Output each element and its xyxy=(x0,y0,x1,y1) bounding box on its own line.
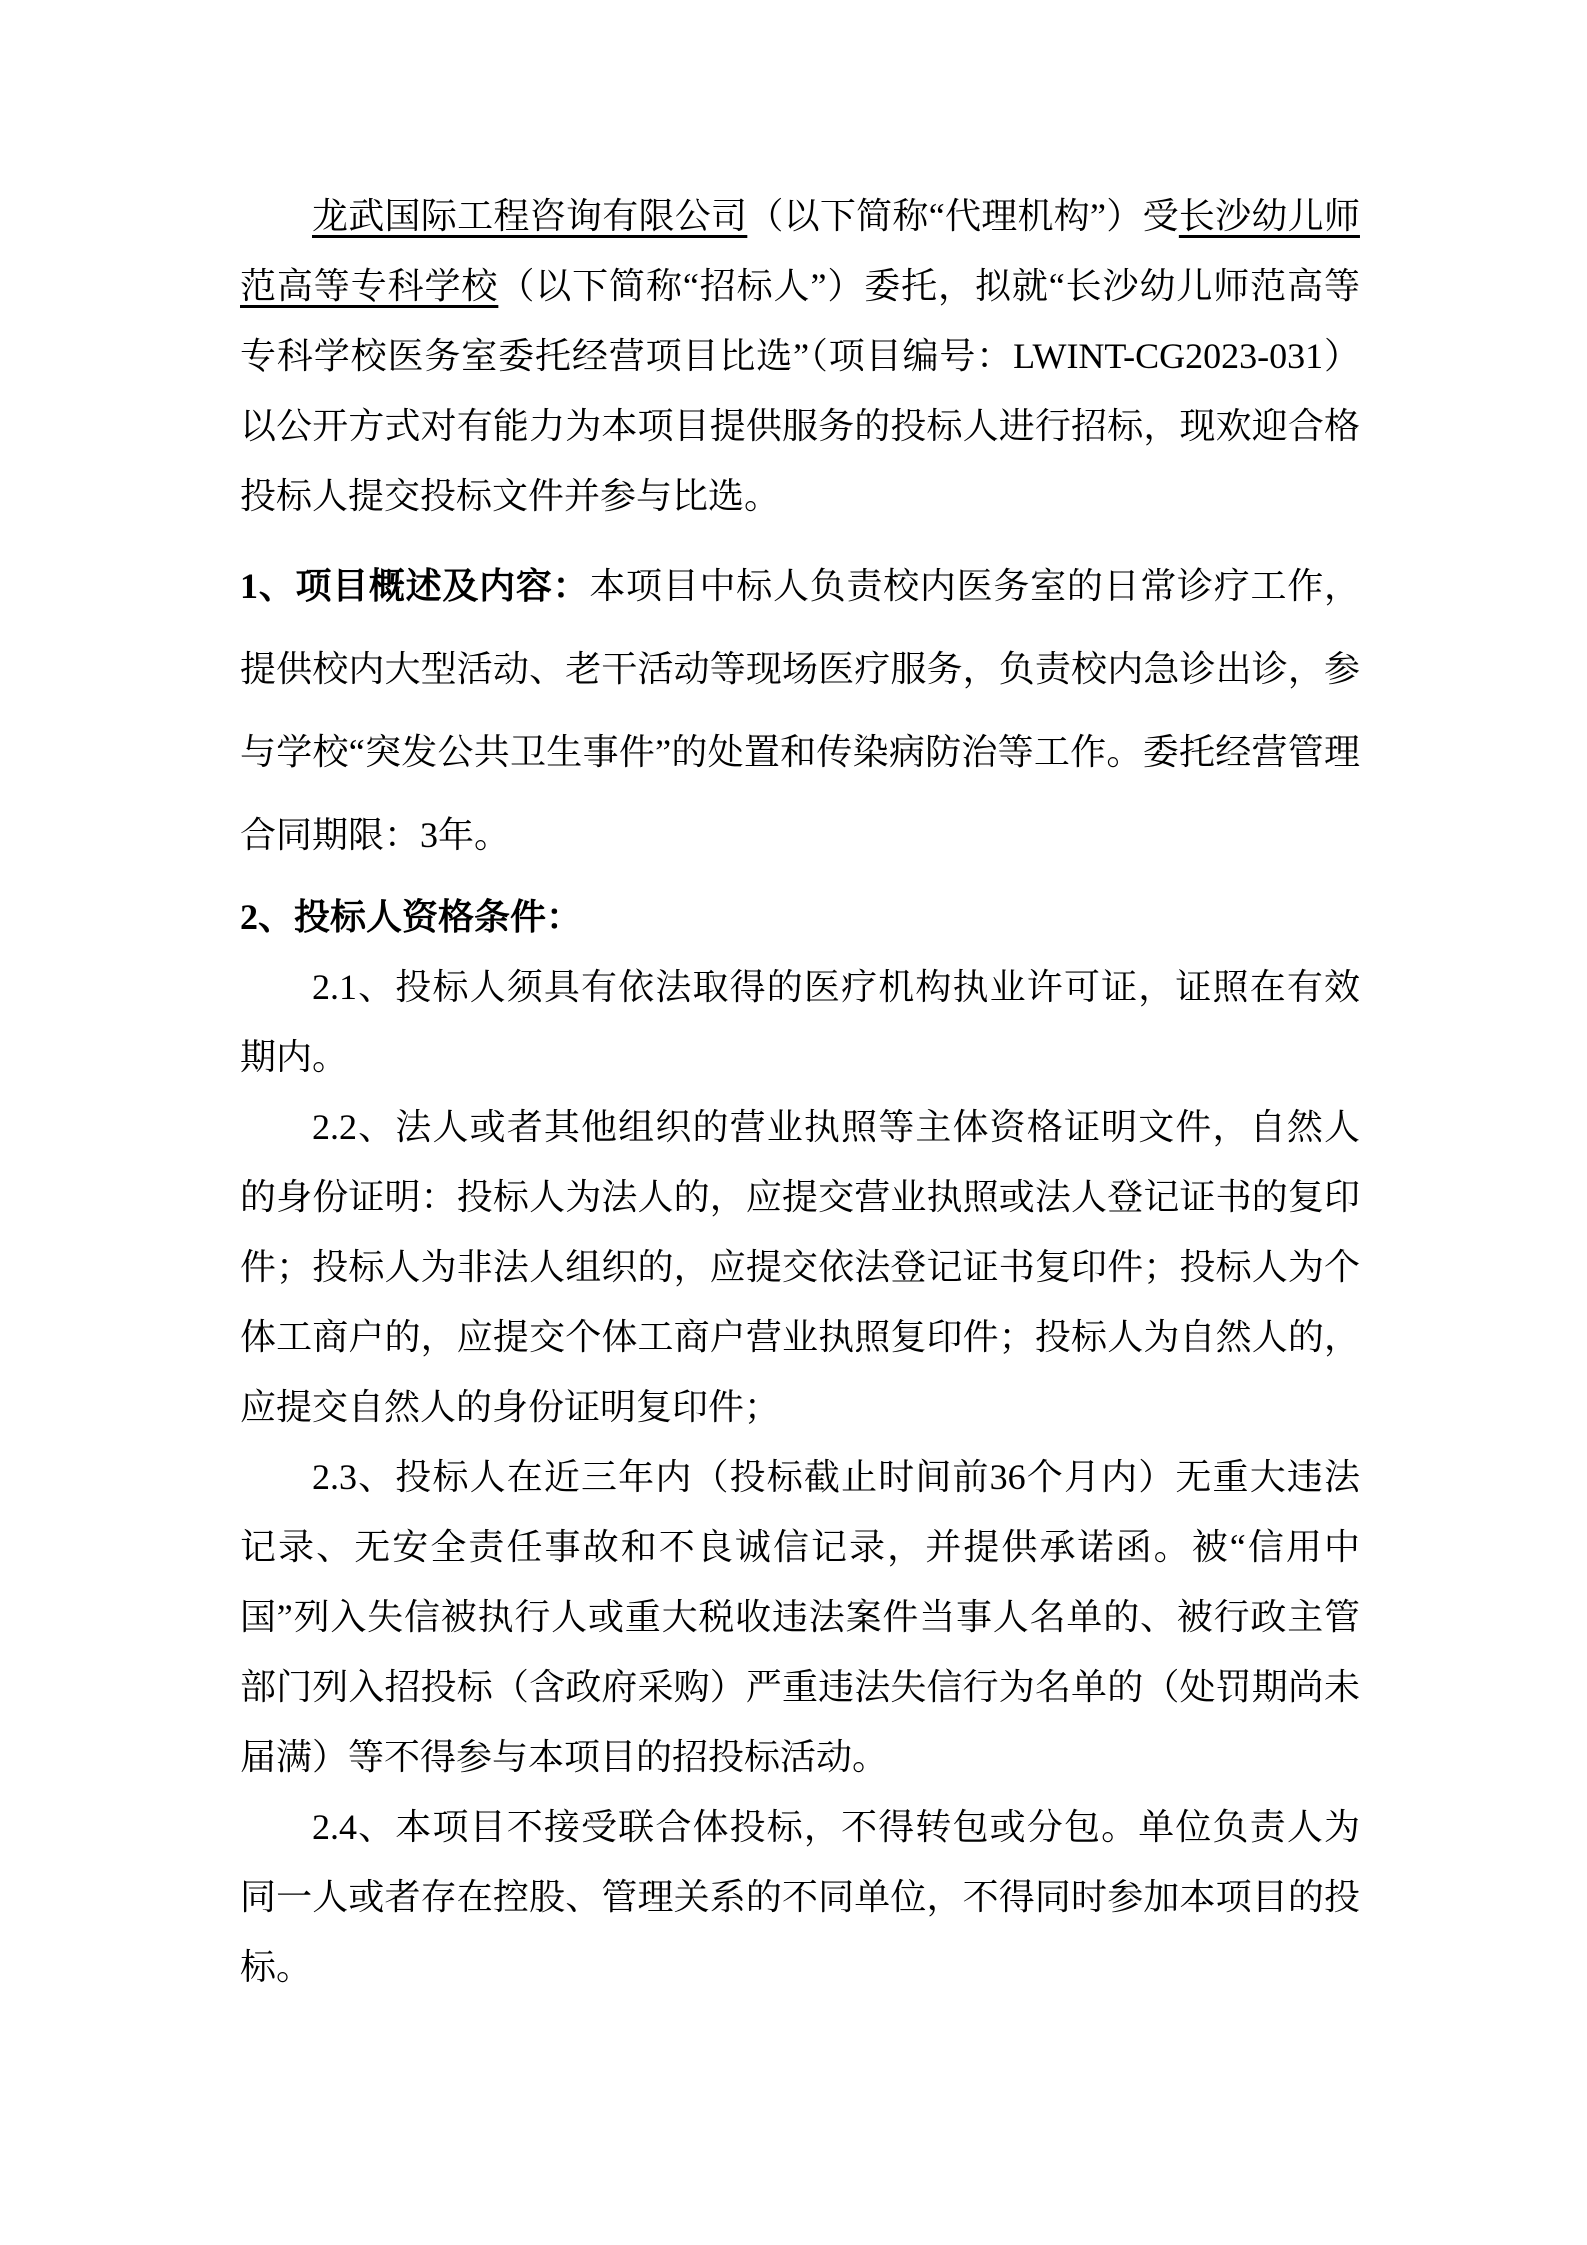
clause-2-2: 2.2、法人或者其他组织的营业执照等主体资格证明文件，自然人的身份证明：投标人为… xyxy=(240,1092,1360,1442)
text-run: 龙武国际工程咨询有限公司 xyxy=(312,196,747,236)
text-run: 2、投标人资格条件： xyxy=(240,897,582,937)
text-run: 1、项目概述及内容： xyxy=(240,566,589,606)
text-run: 本项目中标人负责校内医务室的日常诊疗工作，提供校内大型活动、老干活动等现场医疗服… xyxy=(240,566,1360,855)
clause-2-3: 2.3、投标人在近三年内（投标截止时间前36个月内）无重大违法记录、无安全责任事… xyxy=(240,1442,1360,1792)
text-run: 2.1、投标人须具有依法取得的医疗机构执业许可证，证照在有效期内。 xyxy=(240,967,1360,1077)
text-run: （以下简称“代理机构”）受 xyxy=(747,196,1179,236)
section-2-heading: 2、投标人资格条件： xyxy=(240,882,1360,952)
clause-2-1: 2.1、投标人须具有依法取得的医疗机构执业许可证，证照在有效期内。 xyxy=(240,952,1360,1092)
text-run: 2.2、法人或者其他组织的营业执照等主体资格证明文件，自然人的身份证明：投标人为… xyxy=(240,1107,1360,1427)
clause-2-4: 2.4、本项目不接受联合体投标，不得转包或分包。单位负责人为同一人或者存在控股、… xyxy=(240,1792,1360,2002)
text-run: 2.4、本项目不接受联合体投标，不得转包或分包。单位负责人为同一人或者存在控股、… xyxy=(240,1807,1360,1987)
section-1-paragraph: 1、项目概述及内容：本项目中标人负责校内医务室的日常诊疗工作，提供校内大型活动、… xyxy=(240,545,1360,877)
document-body: 龙武国际工程咨询有限公司（以下简称“代理机构”）受长沙幼儿师范高等专科学校（以下… xyxy=(240,181,1360,2002)
text-run: 2.3、投标人在近三年内（投标截止时间前36个月内）无重大违法记录、无安全责任事… xyxy=(240,1457,1360,1777)
document-page: 龙武国际工程咨询有限公司（以下简称“代理机构”）受长沙幼儿师范高等专科学校（以下… xyxy=(0,0,1587,2245)
text-run: LWINT-CG2023-031 xyxy=(1013,336,1323,376)
intro-paragraph: 龙武国际工程咨询有限公司（以下简称“代理机构”）受长沙幼儿师范高等专科学校（以下… xyxy=(240,181,1360,531)
